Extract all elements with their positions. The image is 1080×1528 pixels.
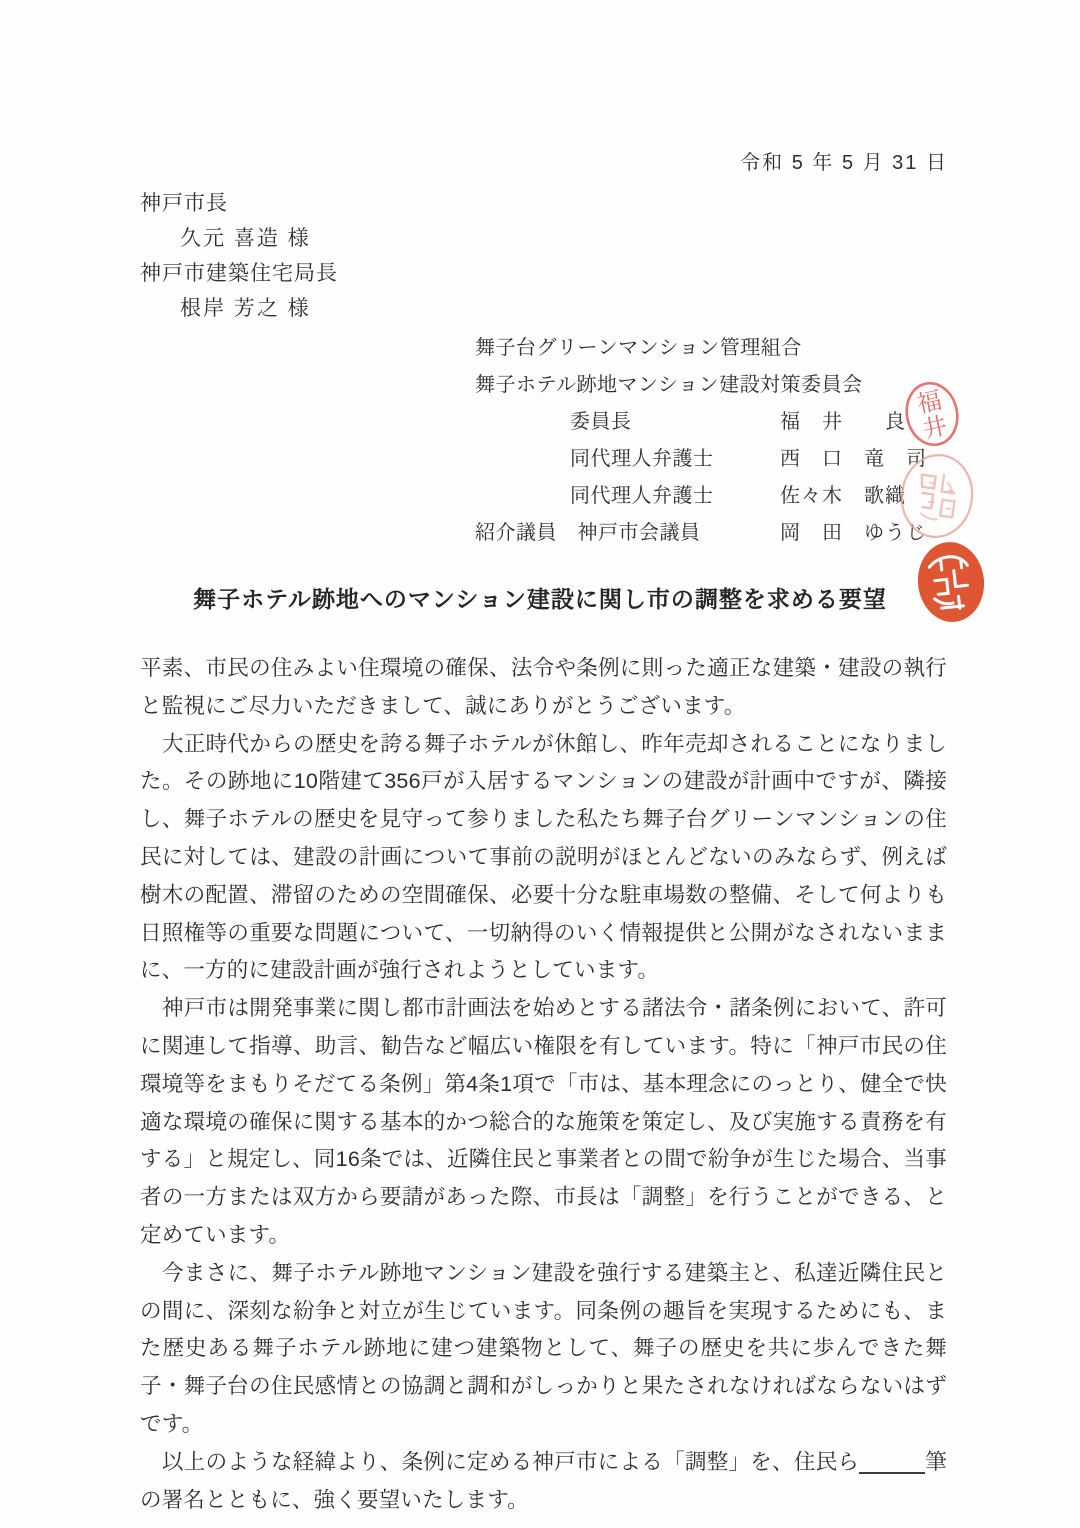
closing-paragraph: 以上のような経緯より、条例に定める神戸市による「調整」を、住民ら筆の署名とともに… [140, 1444, 947, 1520]
signatory-name: 西 口 竜 司 [780, 441, 927, 478]
signatory-role: 同代理人弁護士 [570, 441, 714, 478]
signatory-role: 同代理人弁護士 [570, 478, 714, 515]
letter-body: 平素、市民の住みよい住環境の確保、法令や条例に則った適正な建築・建設の執行と監視… [140, 650, 947, 1519]
paragraph: 今まさに、舞子ホテル跡地マンション建設を強行する建築主と、私達近隣住民との間に、… [140, 1255, 947, 1444]
sender-org-line: 舞子台グリーンマンション管理組合 [475, 330, 1035, 367]
signature-count-blank [859, 1450, 925, 1474]
signatory-row: 同代理人弁護士 西 口 竜 司 [475, 441, 1035, 478]
paragraph: 神戸市は開発事業に関し都市計画法を始めとする諸法令・諸条例において、許可に関連し… [140, 990, 947, 1255]
signatory-row: 委員長 福 井 良 [475, 404, 1035, 441]
recipient-title: 神戸市建築住宅局長 [140, 256, 338, 291]
recipient-title: 神戸市長 [140, 186, 338, 221]
recipient-name: 根岸 芳之 様 [140, 291, 338, 326]
signatory-row: 紹介議員 神戸市会議員 岡 田 ゆうじ [475, 515, 1035, 552]
sender-block: 舞子台グリーンマンション管理組合 舞子ホテル跡地マンション建設対策委員会 委員長… [475, 330, 1035, 552]
signatory-name: 福 井 良 [780, 404, 906, 441]
letter-title: 舞子ホテル跡地へのマンション建設に関し市の調整を求める要望 [0, 581, 1080, 614]
closing-text-before-blank: 以上のような経緯より、条例に定める神戸市による「調整」を、住民ら [162, 1450, 859, 1474]
signatory-name: 岡 田 ゆうじ [780, 515, 927, 552]
paragraph: 大正時代からの歴史を誇る舞子ホテルが休館し、昨年売却されることになりました。その… [140, 726, 947, 991]
paragraph: 平素、市民の住みよい住環境の確保、法令や条例に則った適正な建築・建設の執行と監視… [140, 650, 947, 726]
recipient-name: 久元 喜造 様 [140, 221, 338, 256]
recipient-block: 神戸市長 久元 喜造 様 神戸市建築住宅局長 根岸 芳之 様 [140, 186, 338, 326]
signatory-role: 紹介議員 神戸市会議員 [475, 515, 701, 552]
sender-org-line: 舞子ホテル跡地マンション建設対策委員会 [475, 367, 1035, 404]
signatory-name: 佐々木 歌織 [780, 478, 906, 515]
signatory-role: 委員長 [570, 404, 632, 441]
signatory-row: 同代理人弁護士 佐々木 歌織 [475, 478, 1035, 515]
letter-page: 令和 5 年 5 月 31 日 神戸市長 久元 喜造 様 神戸市建築住宅局長 根… [0, 0, 1080, 1528]
letter-date: 令和 5 年 5 月 31 日 [740, 146, 948, 175]
